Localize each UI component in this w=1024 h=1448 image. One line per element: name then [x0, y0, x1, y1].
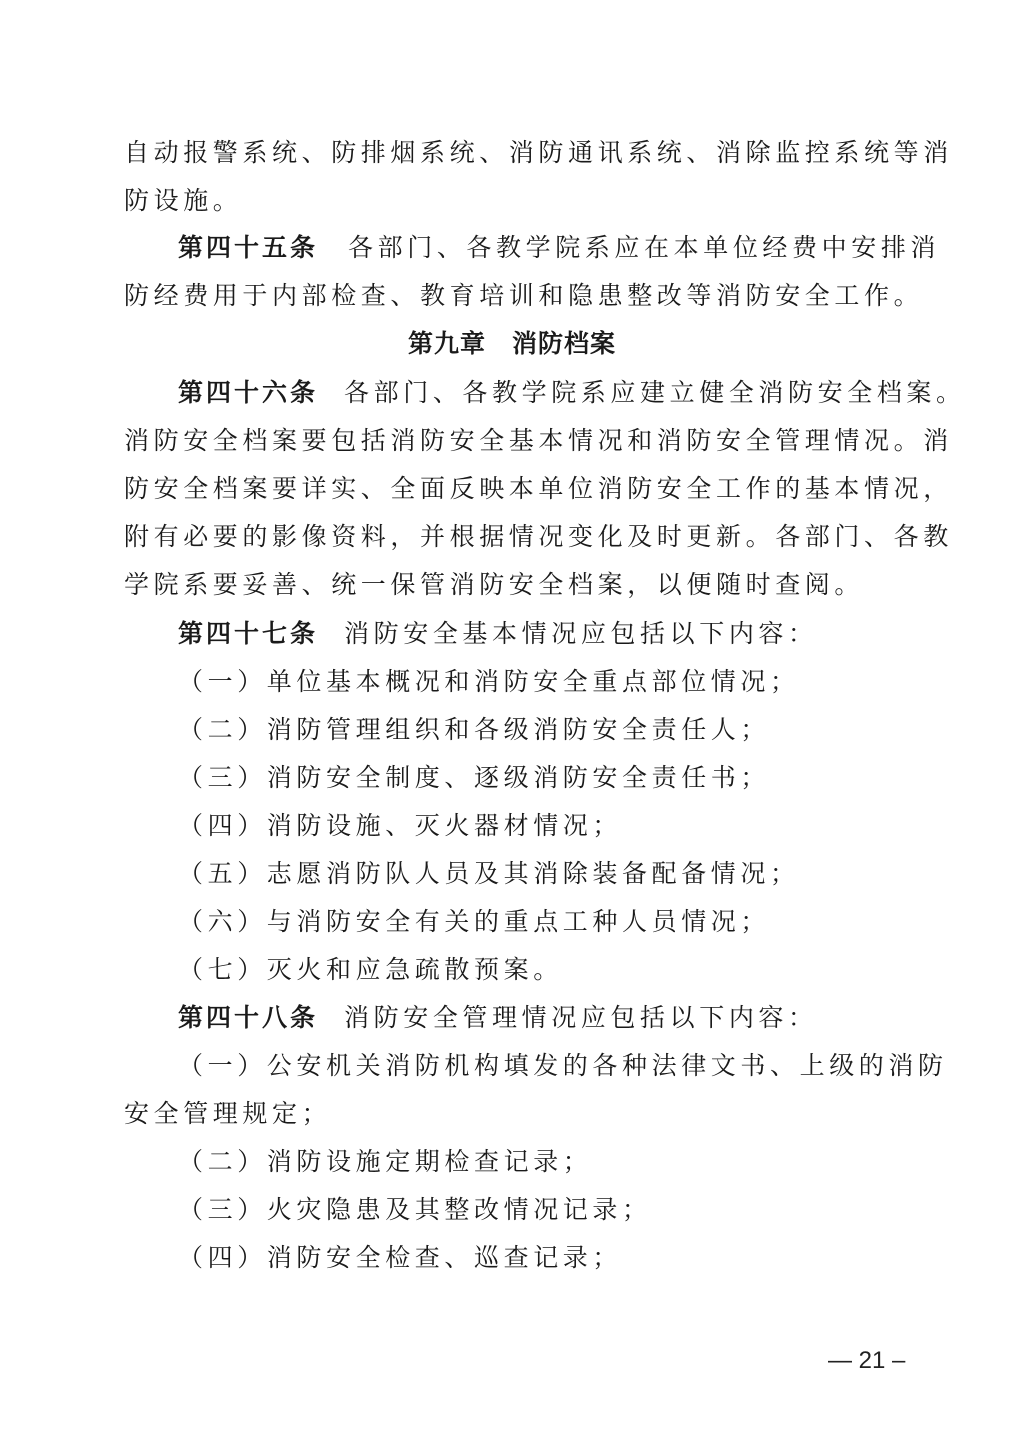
page-number: — 21 – — [828, 1347, 905, 1375]
article-label: 第四十五条 — [178, 233, 318, 262]
article-text: 消防安全管理情况应包括以下内容： — [344, 1003, 818, 1032]
article-text: 各部门、各教学院系应在本单位经费中安排消 — [348, 233, 940, 262]
list-item: （三）消防安全制度、逐级消防安全责任书； — [178, 763, 770, 793]
paragraph-line: 学院系要妥善、统一保管消防安全档案，以便随时查阅。 — [124, 570, 864, 600]
paragraph-line: 附有必要的影像资料，并根据情况变化及时更新。各部门、各教 — [124, 522, 953, 552]
article-label: 第四十七条 — [178, 619, 318, 648]
article-46-line: 第四十六条各部门、各教学院系应建立健全消防安全档案。 — [178, 378, 966, 408]
paragraph-line: 防安全档案要详实、全面反映本单位消防安全工作的基本情况， — [124, 474, 953, 504]
list-item: （五）志愿消防队人员及其消除装备配备情况； — [178, 859, 800, 889]
article-label: 第四十六条 — [178, 378, 318, 407]
list-item-continuation: 安全管理规定； — [124, 1099, 331, 1129]
list-item: （二）消防设施定期检查记录； — [178, 1147, 592, 1177]
list-item: （七）灭火和应急疏散预案。 — [178, 955, 563, 985]
paragraph-line: 防设施。 — [124, 186, 242, 216]
list-item: （四）消防安全检查、巡查记录； — [178, 1243, 622, 1273]
article-label: 第四十八条 — [178, 1003, 318, 1032]
paragraph-line: 防经费用于内部检查、教育培训和隐患整改等消防安全工作。 — [124, 281, 923, 311]
article-text: 消防安全基本情况应包括以下内容： — [344, 619, 818, 648]
list-item: （二）消防管理组织和各级消防安全责任人； — [178, 715, 770, 745]
list-item: （六）与消防安全有关的重点工种人员情况； — [178, 907, 770, 937]
article-45-line: 第四十五条各部门、各教学院系应在本单位经费中安排消 — [178, 233, 940, 263]
list-item: （一）单位基本概况和消防安全重点部位情况； — [178, 667, 800, 697]
paragraph-line: 消防安全档案要包括消防安全基本情况和消防安全管理情况。消 — [124, 426, 953, 456]
paragraph-line: 自动报警系统、防排烟系统、消防通讯系统、消除监控系统等消 — [124, 138, 953, 168]
chapter-heading: 第九章 消防档案 — [124, 329, 900, 359]
list-item: （三）火灾隐患及其整改情况记录； — [178, 1195, 652, 1225]
article-48-line: 第四十八条消防安全管理情况应包括以下内容： — [178, 1003, 818, 1033]
list-item: （四）消防设施、灭火器材情况； — [178, 811, 622, 841]
article-47-line: 第四十七条消防安全基本情况应包括以下内容： — [178, 619, 818, 649]
list-item: （一）公安机关消防机构填发的各种法律文书、上级的消防 — [178, 1051, 948, 1081]
article-text: 各部门、各教学院系应建立健全消防安全档案。 — [344, 378, 966, 407]
